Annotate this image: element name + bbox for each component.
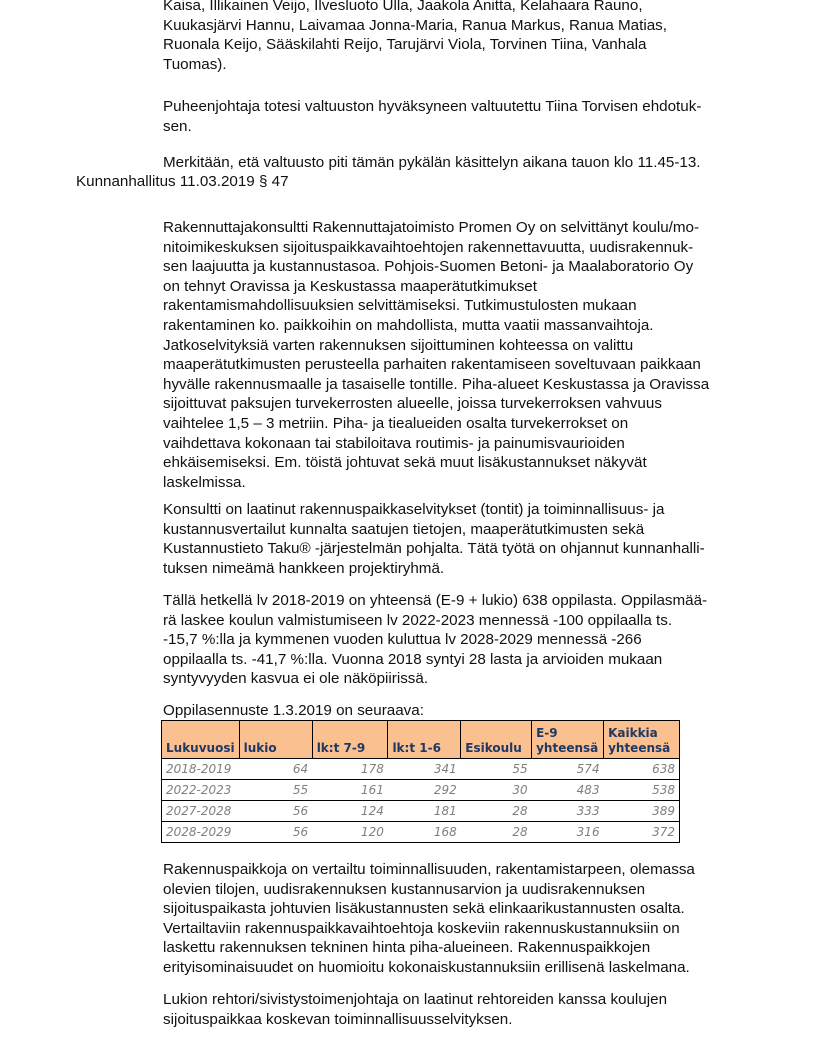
header-cell: Kaikkia yhteensä (604, 721, 680, 759)
table-row: 2027-20285612418128333389 (162, 801, 680, 822)
table-header-row: Lukuvuosi lukio lk:t 7-9 lk:t 1-6 Esikou… (162, 721, 680, 759)
count-cell: 181 (388, 801, 461, 822)
header-cell: Lukuvuosi (162, 721, 240, 759)
count-cell: 28 (461, 822, 532, 843)
count-cell: 292 (388, 780, 461, 801)
count-cell: 389 (604, 801, 680, 822)
count-cell: 638 (604, 759, 680, 780)
consultant-paragraph: Rakennuttajakonsultti Rakennuttajatoimis… (163, 218, 753, 492)
count-cell: 333 (532, 801, 604, 822)
count-cell: 55 (461, 759, 532, 780)
school-year-cell: 2028-2029 (162, 822, 240, 843)
table-row: 2018-20196417834155574638 (162, 759, 680, 780)
table-row: 2028-20295612016828316372 (162, 822, 680, 843)
count-cell: 316 (532, 822, 604, 843)
count-cell: 178 (312, 759, 388, 780)
note-paragraph: Merkitään, etä valtuusto piti tämän pykä… (163, 153, 753, 173)
section-heading: Kunnanhallitus 11.03.2019 § 47 (76, 172, 289, 192)
students-paragraph: Tällä hetkellä lv 2018-2019 on yhteensä … (163, 591, 753, 689)
count-cell: 56 (239, 822, 312, 843)
count-cell: 56 (239, 801, 312, 822)
header-cell: lk:t 1-6 (388, 721, 461, 759)
table-caption: Oppilasennuste 1.3.2019 on seuraava: (163, 701, 753, 721)
school-year-cell: 2027-2028 (162, 801, 240, 822)
count-cell: 538 (604, 780, 680, 801)
count-cell: 574 (532, 759, 604, 780)
header-cell: lk:t 7-9 (312, 721, 388, 759)
count-cell: 64 (239, 759, 312, 780)
reports-paragraph: Konsultti on laatinut rakennuspaikkaselv… (163, 500, 753, 578)
count-cell: 483 (532, 780, 604, 801)
table-row: 2022-20235516129230483538 (162, 780, 680, 801)
student-forecast-table: Lukuvuosi lukio lk:t 7-9 lk:t 1-6 Esikou… (161, 720, 680, 843)
count-cell: 124 (312, 801, 388, 822)
count-cell: 28 (461, 801, 532, 822)
header-cell: E-9 yhteensä (532, 721, 604, 759)
count-cell: 168 (388, 822, 461, 843)
count-cell: 372 (604, 822, 680, 843)
chair-paragraph: Puheenjohtaja totesi valtuuston hyväksyn… (163, 97, 753, 136)
count-cell: 161 (312, 780, 388, 801)
count-cell: 30 (461, 780, 532, 801)
comparison-paragraph: Rakennuspaikkoja on vertailtu toiminnall… (163, 860, 753, 978)
header-cell: Esikoulu (461, 721, 532, 759)
school-year-cell: 2022-2023 (162, 780, 240, 801)
names-paragraph: Kaisa, Illikainen Veijo, Ilvesluoto Ulla… (163, 0, 753, 74)
school-year-cell: 2018-2019 (162, 759, 240, 780)
count-cell: 55 (239, 780, 312, 801)
header-cell: lukio (239, 721, 312, 759)
count-cell: 341 (388, 759, 461, 780)
rector-paragraph: Lukion rehtori/sivistystoimenjohtaja on … (163, 990, 753, 1029)
count-cell: 120 (312, 822, 388, 843)
